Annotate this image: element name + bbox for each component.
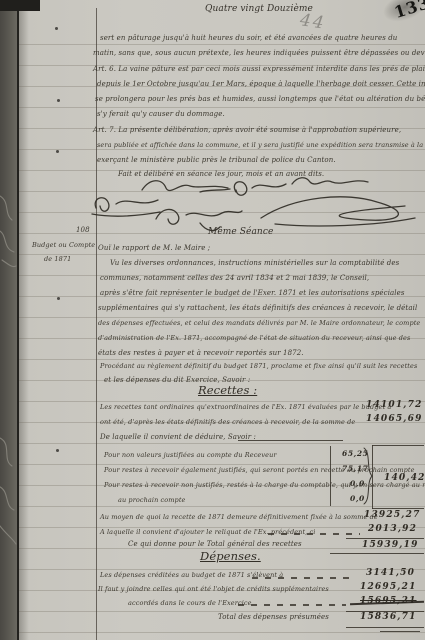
manuscript-line: d'administration de l'Ex. 1871, accompag… [98, 334, 410, 343]
page-heading: Quatre vingt Douzième [205, 5, 313, 14]
deduction-line: Pour restes à recevoir non justifiés, re… [104, 481, 425, 490]
total-depenses-amount: 15836,71 [360, 612, 417, 622]
manuscript-line: se prolongera pour les prés bas et humid… [95, 95, 425, 104]
stitch-dot [55, 27, 58, 30]
manuscript-line: sert en pâturage jusqu'à huit heures du … [100, 34, 397, 43]
depense-line: Total des dépenses présumées [218, 613, 329, 622]
depenses-heading: Dépenses. [200, 552, 261, 561]
recette-line: De laquelle il convient de déduire, Savo… [100, 433, 256, 442]
recettes-heading: Recettes : [198, 386, 257, 395]
recette-line: Ce qui donne pour le Total général des r… [128, 540, 302, 549]
depense-line: accordés dans le cours de l'Exercice [128, 599, 252, 608]
box-top [372, 445, 424, 446]
deduction-line: Pour non valeurs justifiées au compte du… [104, 451, 277, 460]
margin-note: de 1871 [44, 255, 71, 264]
manuscript-line: états des restes à payer et à recevoir r… [98, 349, 304, 358]
manuscript-line: matin, sans que, sous aucun prétexte, le… [93, 49, 425, 58]
amount: 2013,92 [368, 524, 417, 534]
manuscript-line: supplémentaires qui s'y rattachent, les … [98, 304, 417, 313]
recette-line: Au moyen de quoi la recette de 1871 deme… [100, 513, 378, 522]
recette-line: Les recettes tant ordinaires qu'extraord… [100, 403, 391, 412]
rule [346, 538, 424, 539]
manuscript-line: Ouï le rapport de M. le Maire ; [98, 244, 210, 253]
manuscript-line: Vu les diverses ordonnances, instruction… [110, 259, 399, 268]
corner-shadow [0, 0, 40, 11]
box-left [372, 445, 373, 509]
dash-leader [238, 604, 346, 606]
dash-leader [268, 533, 360, 535]
amount: 14065,69 [366, 414, 423, 424]
manuscript-line: Procédant au règlement définitif du budg… [100, 362, 417, 371]
box-bottom [372, 508, 424, 509]
rule [346, 627, 424, 628]
rule [330, 553, 424, 554]
manuscript-line: communes, notamment celles des 24 avril … [100, 274, 369, 283]
depense-line: Il faut y joindre celles qui ont été l'o… [98, 585, 329, 594]
manuscript-line: sera publiée et affichée dans la commune… [97, 141, 425, 150]
rule [380, 631, 420, 632]
manuscript-line: des dépenses effectuées, et celui des ma… [98, 319, 420, 328]
amount: 12695,21 [360, 582, 417, 592]
total-recettes-amount: 15939,19 [362, 540, 419, 550]
manuscript-line: s'y ferait qu'y causer du dommage. [97, 110, 225, 119]
rule [238, 440, 343, 441]
manuscript-line: après s'être fait représenter le budget … [100, 289, 405, 298]
amount: 13925,27 [364, 510, 421, 520]
margin-note: Budget ou Compte [32, 241, 95, 250]
manuscript-line: exerçant le ministère public près le tri… [97, 156, 336, 165]
stitch-dot [57, 297, 60, 300]
amount: 3141,50 [366, 568, 415, 578]
manuscript-line: Art. 7. La présente délibération, après … [93, 126, 401, 135]
deduction-line: au prochain compte [118, 496, 185, 505]
stitch-dot [56, 449, 59, 452]
dash-leader [252, 577, 356, 579]
recette-line: ont été, d'après les états définitifs de… [100, 418, 355, 427]
stitch-dot [57, 99, 60, 102]
stitch-dot [56, 150, 59, 153]
amount: 14101,72 [366, 400, 423, 410]
manuscript-line: Art. 6. La vaine pâture est par ceci moi… [93, 65, 425, 74]
manuscript-line: depuis le 1er Octobre jusqu'au 1er Mars,… [97, 80, 425, 89]
manuscript-page-scan: 133 44 Quatre vingt Douzième sert en pât… [0, 0, 425, 640]
deductions-total: 140,42 [384, 473, 425, 483]
signature-icon [255, 188, 420, 230]
session-title: Même Séance [208, 228, 273, 237]
margin-item-number: 108 [76, 226, 90, 235]
column-separator [330, 446, 331, 506]
